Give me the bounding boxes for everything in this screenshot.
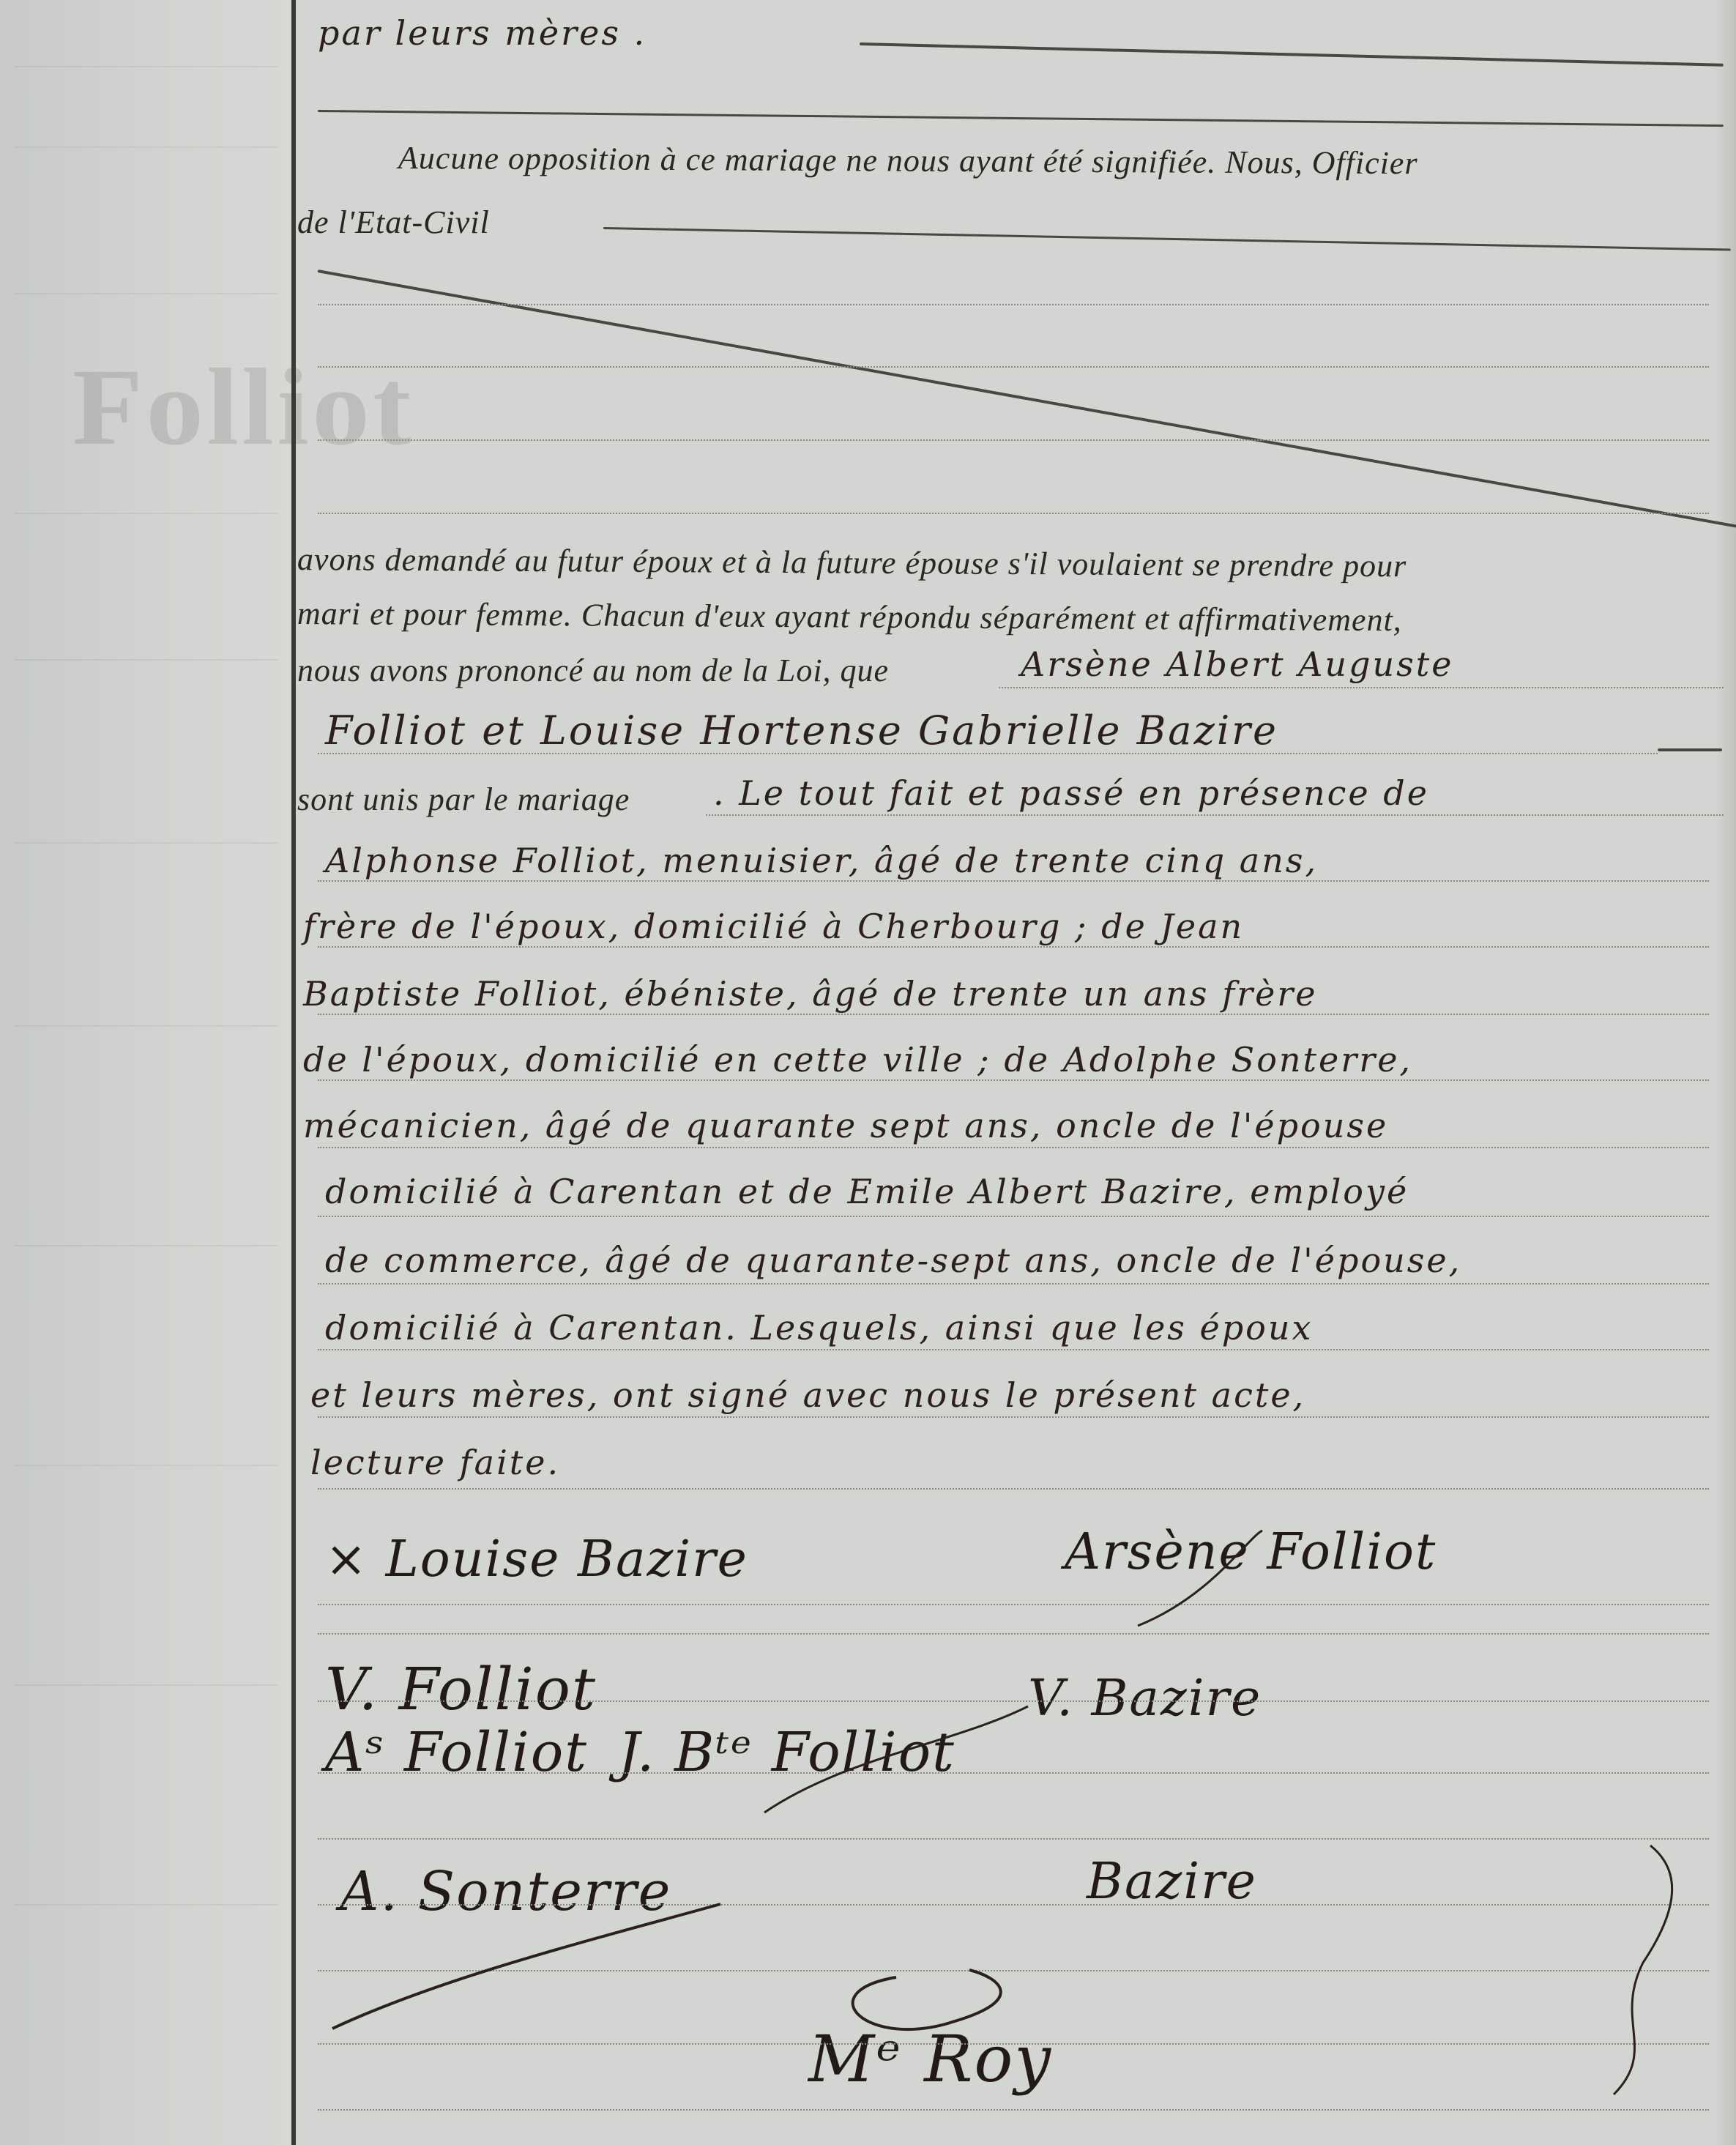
page-edge [1715,0,1736,2145]
ghost-ruled-line [15,1465,278,1466]
ghost-ruled-line [15,513,278,514]
ghost-ruled-line [15,1025,278,1027]
ghost-ruled-line [15,659,278,661]
ghost-ruled-line [15,1245,278,1246]
ghost-ruled-line [15,1904,278,1906]
marriage-record-page: par leurs mères . Aucune opposition à ce… [296,0,1716,2145]
signature-flourishes [296,0,1716,2145]
ghost-ruled-line [15,1684,278,1686]
ghost-ruled-line [15,293,278,294]
ghost-ruled-line [15,66,278,67]
ghost-ruled-line [15,146,278,148]
left-facing-page: Folliot [0,0,291,2145]
ghost-ruled-line [15,842,278,844]
